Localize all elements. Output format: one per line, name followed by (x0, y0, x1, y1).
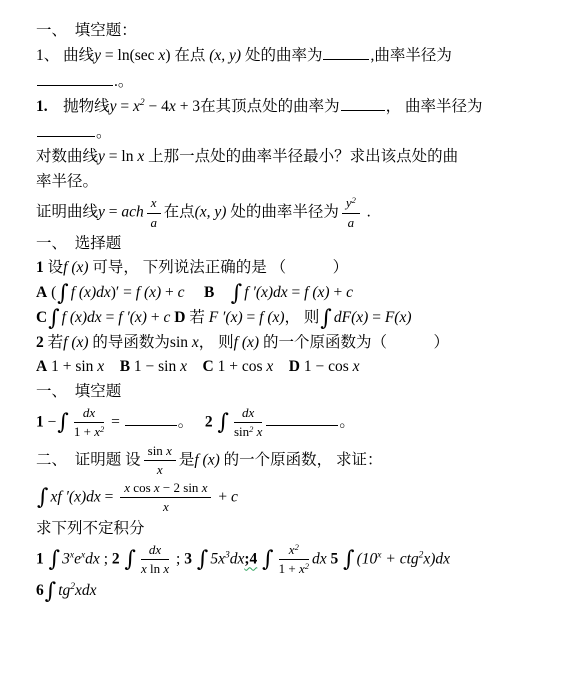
fraction-numerator: dx (74, 405, 104, 423)
heading-fill-blank-1: 一、 填空题： (36, 20, 548, 42)
math-italic-run: f (x) (63, 259, 88, 276)
math-italic-run: x (192, 334, 199, 351)
text-run: ， 曲率半径为 (386, 98, 483, 115)
math-roman-run: = ln(sec (101, 47, 158, 64)
bold-run: B (185, 284, 215, 301)
math-italic-run: + ctg (381, 550, 418, 567)
fill-in-blank-underline (125, 410, 177, 426)
proof-formula: ∫xf ′(x)dx = x cos x − 2 sin xx + c (36, 480, 548, 516)
math-roman-run: 1 − sin (130, 358, 180, 375)
text-run: 处的曲率为 (241, 47, 322, 64)
math-italic-run: dx (85, 550, 100, 567)
fraction-denominator: 1 + x2 (279, 560, 309, 577)
fraction-numerator: x (147, 195, 161, 213)
math-roman-run: + (147, 309, 164, 326)
math-italic-run: y (98, 148, 105, 165)
problem-catenary-proof: 证明曲线y = achxa在点(x, y) 处的曲率半径为y2a . (36, 195, 548, 231)
document-page: 一、 填空题：1、 曲线y = ln(sec x) 在点 (x, y) 处的曲率… (0, 0, 574, 603)
math-italic-run: y (98, 204, 105, 221)
math-roman-run: + (330, 284, 347, 301)
math-italic-run: x (180, 358, 187, 375)
indefinite-integrals-row: 1 ∫3xexdx ; 2 ∫dxx ln x ; 3 ∫5x3dx;4 ∫x2… (36, 542, 548, 578)
superscript: 2 (295, 542, 299, 552)
math-italic-run: (x, y) (209, 47, 241, 64)
math-roman-run: − (44, 413, 57, 430)
text-run: 在点 (170, 47, 209, 64)
math-italic-run: dx (83, 405, 95, 420)
math-italic-run: f (x)dx (62, 309, 102, 326)
math-italic-run: y (110, 98, 117, 115)
text-run: 曲率半径为 (374, 47, 452, 64)
math-roman-run: 1 − cos (300, 358, 353, 375)
fraction: dxsin2 x (234, 405, 262, 441)
math-roman-run: ln (147, 561, 164, 576)
integral-icon: ∫ (45, 581, 56, 603)
bold-run: 1 (36, 413, 44, 430)
math-italic-run: F(x) (385, 309, 412, 326)
bold-run: 6 (36, 582, 44, 599)
fraction: xa (147, 195, 161, 231)
math-italic-run: x (202, 480, 208, 495)
text-run: 。 (339, 413, 355, 430)
integral-icon: ∫ (262, 549, 273, 571)
fill-in-blank-underline (341, 95, 385, 111)
bold-run: 5 (327, 550, 339, 567)
fraction: dx1 + x2 (74, 405, 104, 441)
blank-answer-line-2: 。 (36, 121, 548, 144)
bold-run: B (104, 358, 130, 375)
math-roman-run (338, 550, 342, 567)
math-italic-run: f (x) (304, 284, 329, 301)
heading-proof: 二、 证明题 设sin xx是f (x) 的一个原函数， 求证： (36, 443, 548, 479)
integral-icon: ∫ (231, 283, 242, 305)
bold-run: A (36, 284, 47, 301)
math-italic-run: e (74, 550, 81, 567)
math-roman-run: sin (234, 424, 249, 439)
math-roman-run: ( (47, 284, 56, 301)
fill-blank-integrals: 1 −∫dx1 + x2 = 。 2 ∫dxsin2 x。 (36, 405, 548, 441)
bold-run: A (36, 358, 47, 375)
math-italic-run: x)dx (423, 550, 450, 567)
choice-q1: 1 设f (x) 可导， 下列说法正确的是 （ ） (36, 257, 548, 279)
fraction-denominator: sin2 x (234, 423, 262, 440)
math-italic-run: x (133, 98, 140, 115)
bold-run: C (187, 358, 214, 375)
fill-in-blank-underline (37, 121, 95, 137)
text-run: 证明曲线 (36, 204, 98, 221)
integral-icon: ∫ (125, 549, 136, 571)
bold-run: D (170, 309, 185, 326)
math-italic-run: dF(x) (334, 309, 368, 326)
bold-run: D (273, 358, 300, 375)
integral-icon: ∫ (37, 487, 48, 509)
text-run: 率半径。 (36, 173, 98, 190)
fraction: sin xx (144, 443, 176, 479)
fraction-denominator: 1 + x2 (74, 423, 104, 440)
math-roman-run: = (368, 309, 385, 326)
text-run: 。 (178, 413, 205, 430)
math-roman-run: 1 (36, 47, 44, 64)
text-run: 处的曲率半径为 (226, 204, 338, 221)
text-run: 一、 填空题： (36, 22, 137, 39)
math-roman-run: = (288, 284, 305, 301)
math-roman-run: sin (170, 334, 192, 351)
math-roman-run (192, 550, 196, 567)
math-roman-run: − 4 (145, 98, 169, 115)
math-italic-run: dx (242, 405, 254, 420)
bold-run: 2 (112, 550, 120, 567)
math-italic-run: dx (312, 550, 327, 567)
integral-icon: ∫ (49, 549, 60, 571)
text-run: ， 则 (285, 309, 320, 326)
choice-q1-options-cd: C∫f (x)dx = f ′(x) + c D 若 F ′(x) = f (x… (36, 307, 548, 330)
math-italic-run: f ′(x) (118, 309, 147, 326)
text-run: 。 (118, 73, 134, 90)
math-roman-run (257, 550, 261, 567)
fraction-denominator: a (147, 214, 161, 231)
fraction-numerator: x cos x − 2 sin x (120, 480, 211, 498)
math-italic-run: y (94, 47, 101, 64)
choice-q2-options: A 1 + sin x B 1 − sin x C 1 + cos x D 1 … (36, 356, 548, 378)
integral-icon: ∫ (320, 308, 331, 330)
integral-icon: ∫ (217, 412, 228, 434)
text-run: 的导函数为 (89, 334, 170, 351)
math-roman-run: = (117, 98, 134, 115)
math-roman-run: + 3 (176, 98, 200, 115)
text-run: 对数曲线 (36, 148, 98, 165)
math-italic-run: 3 (62, 550, 70, 567)
fraction-numerator: dx (141, 542, 169, 560)
math-roman-run (120, 550, 124, 567)
fraction-numerator: y2 (342, 195, 360, 213)
fraction: dxx ln x (141, 542, 169, 578)
math-roman-run: 1 + (74, 424, 94, 439)
math-italic-run: 5x (210, 550, 225, 567)
math-italic-run: c (178, 284, 185, 301)
integral-icon: ∫ (48, 308, 59, 330)
fraction-denominator: a (342, 214, 360, 231)
text-run: ， 则 (199, 334, 234, 351)
superscript: 2 (100, 424, 104, 434)
problem-log-curve-line-2: 率半径。 (36, 171, 548, 193)
text-run: 求下列不定积分 (36, 520, 145, 537)
math-roman-run: = (105, 204, 122, 221)
bold-run: 2 (36, 334, 44, 351)
text-run: 。 (96, 124, 112, 141)
heading-fill-blank-2: 一、 填空题 (36, 381, 548, 403)
math-italic-run: f (x) (194, 451, 219, 468)
bold-run: 1. (36, 98, 48, 115)
math-italic-run: f (x) (63, 334, 88, 351)
math-italic-run: c (231, 488, 238, 505)
heading-indefinite-integrals: 求下列不定积分 (36, 518, 548, 540)
math-italic-run: x (157, 462, 163, 477)
math-roman-run: 1 + (279, 561, 299, 576)
math-italic-run: (10 (357, 550, 378, 567)
superscript: 2 (305, 561, 309, 571)
math-italic-run: x (166, 443, 172, 458)
fraction-numerator: dx (234, 405, 262, 423)
fraction-numerator: x2 (279, 542, 309, 560)
math-italic-run: x (169, 98, 176, 115)
text-run: 的一个原函数， 求证： (220, 451, 383, 468)
fraction: x cos x − 2 sin xx (120, 480, 211, 516)
math-roman-run: cos (130, 480, 154, 495)
math-roman-run (214, 284, 230, 301)
math-italic-run: (x, y) (195, 204, 227, 221)
bold-run: C (36, 309, 47, 326)
math-italic-run: x (353, 358, 360, 375)
math-roman-run: + (214, 488, 231, 505)
problem-log-curve-line-1: 对数曲线y = ln x 上那一点处的曲率半径最小？求出该点处的曲 (36, 146, 548, 168)
indefinite-integral-6: 6∫tg2xdx (36, 580, 548, 603)
fill-in-blank-underline (323, 44, 369, 60)
superscript: 2 (352, 195, 356, 205)
math-italic-run: x (151, 195, 157, 210)
bold-run: 2 (205, 413, 213, 430)
math-roman-run: 1 + sin (47, 358, 97, 375)
math-roman-run: = ln (105, 148, 137, 165)
math-italic-run: f (x) (234, 334, 259, 351)
text-run: 上那一点处的曲率半径最小？求出该点处的曲 (144, 148, 458, 165)
bold-run: 1 (36, 259, 44, 276)
math-roman-run: − 2 sin (160, 480, 202, 495)
math-roman-run: = (101, 488, 118, 505)
fraction: y2a (342, 195, 360, 231)
choice-q2: 2 若f (x) 的导函数为sin x， 则f (x) 的一个原函数为（ ） (36, 332, 548, 354)
math-roman-run: = (107, 413, 124, 430)
math-italic-run: a (150, 215, 157, 230)
math-roman-run: = (243, 309, 260, 326)
math-italic-run: xdx (75, 582, 97, 599)
text-run: 在点 (164, 204, 195, 221)
math-roman-run: = (102, 309, 119, 326)
text-run: 可导， 下列说法正确的是 （ ） (89, 259, 349, 276)
math-italic-run: xf ′(x)dx (50, 488, 100, 505)
math-italic-run: a (348, 215, 355, 230)
text-run: 、 曲线 (44, 47, 94, 64)
bold-run: 3 (184, 550, 192, 567)
math-italic-run: x (257, 424, 263, 439)
math-italic-run: f (x) (259, 309, 284, 326)
text-run: 若 (44, 334, 63, 351)
bold-run: 1 (36, 550, 44, 567)
math-roman-run: + (161, 284, 178, 301)
math-italic-run: dx (149, 542, 161, 557)
math-italic-run: c (346, 284, 353, 301)
text-run: 的一个原函数为（ ） (259, 334, 449, 351)
problem-curvature-lnsec: 1、 曲线y = ln(sec x) 在点 (x, y) 处的曲率为,曲率半径为 (36, 44, 548, 67)
fraction-denominator: x (120, 498, 211, 515)
fill-in-blank-underline (266, 410, 338, 426)
text-run: 是 (179, 451, 195, 468)
text-run: 抛物线 (48, 98, 110, 115)
math-italic-run: x (163, 561, 169, 576)
integral-icon: ∫ (343, 549, 354, 571)
math-roman-run: ; (100, 550, 112, 567)
math-roman-run: 1 + cos (214, 358, 267, 375)
math-roman-run: . (363, 204, 371, 221)
fill-in-blank-underline (37, 70, 113, 86)
text-run: 设 (44, 259, 63, 276)
math-roman-run: sin (148, 443, 166, 458)
math-roman-run (213, 413, 217, 430)
math-italic-run: f (x) (136, 284, 161, 301)
fraction-denominator: x (144, 461, 176, 478)
text-run: 一、 填空题 (36, 383, 121, 400)
fraction: x21 + x2 (279, 542, 309, 578)
math-italic-run: f (x)dx (71, 284, 111, 301)
text-run: 二、 证明题 设 (36, 451, 141, 468)
choice-q1-options-ab: A (∫f (x)dx)′ = f (x) + c B ∫f ′(x)dx = … (36, 282, 548, 305)
fraction-numerator: sin x (144, 443, 176, 461)
math-italic-run: x (163, 499, 169, 514)
integral-icon: ∫ (57, 283, 68, 305)
text-run: 一、 选择题 (36, 235, 121, 252)
math-roman-run (44, 550, 48, 567)
math-italic-run: dx (230, 550, 245, 567)
math-roman-run: ; (172, 550, 184, 567)
fraction-denominator: x ln x (141, 560, 169, 577)
blank-answer-line-1: .。 (36, 70, 548, 93)
math-italic-run: tg (58, 582, 70, 599)
wavy-underlined-text: ;4 (244, 550, 257, 567)
math-italic-run: f ′(x)dx (244, 284, 287, 301)
math-roman-run: )′ = (111, 284, 136, 301)
text-run: 若 (185, 309, 208, 326)
math-italic-run: F ′(x) (209, 309, 243, 326)
problem-parabola: 1. 抛物线y = x2 − 4x + 3在其顶点处的曲率为， 曲率半径为 (36, 95, 548, 118)
heading-choice: 一、 选择题 (36, 233, 548, 255)
text-run: 在其顶点处的曲率为 (200, 98, 340, 115)
math-italic-run: ach (121, 204, 143, 221)
integral-icon: ∫ (197, 549, 208, 571)
integral-icon: ∫ (57, 412, 68, 434)
